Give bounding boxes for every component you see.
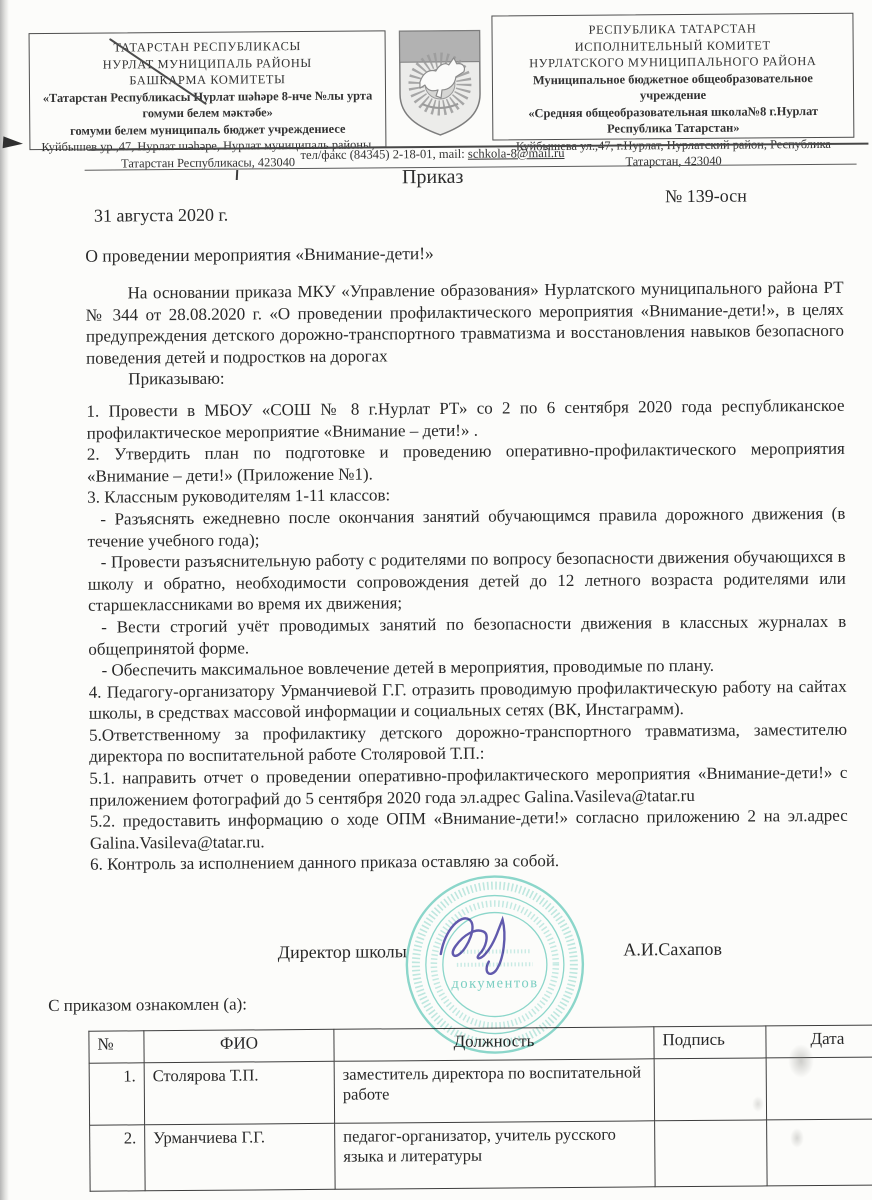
signer-title: Директор школы: [278, 941, 407, 962]
paragraph-item-5-1: 5.1. направить отчет о проведении операт…: [89, 762, 847, 811]
acknowledgement-label: С приказом ознакомлен (а):: [48, 994, 247, 1016]
letterhead-left-line: «Татарстан Республикасы Нурлат шәһәре 8-…: [36, 87, 379, 123]
pencil-smudge: [790, 1128, 804, 1148]
handwritten-signature: [430, 907, 535, 985]
order-number: № 139-осн: [665, 186, 747, 208]
margin-arrow-mark: [3, 136, 24, 149]
paragraph-item-3-sub-3: - Вести строгий учёт проводимых занятий …: [88, 611, 846, 660]
phone-fax-text: тел/факс (84345) 2-18-01, mail:: [300, 147, 467, 162]
letterhead-right-line: НУРЛАТСКОГО МУНИЦИПАЛЬНОГО РАЙОНА: [499, 53, 847, 72]
column-header-number: №: [89, 1031, 144, 1063]
order-date: 31 августа 2020 г.: [94, 205, 228, 227]
letterhead-right-line: «Средняя общеобразовательная школа№8 г.Н…: [499, 102, 847, 138]
paragraph-item-3-sub-1: - Разъяснять ежедневно после окончания з…: [87, 503, 845, 552]
row-name-cell: Урманчиева Г.Г.: [145, 1123, 336, 1190]
pencil-smudge: [752, 1096, 764, 1112]
paragraph-item-2: 2. Утвердить план по подготовке и провед…: [87, 438, 845, 487]
column-header-name: ФИО: [144, 1029, 334, 1062]
row-date-cell: [766, 1057, 872, 1120]
row-position-cell: заместитель директора по воспитательной …: [334, 1059, 654, 1124]
row-number-cell: 2.: [90, 1125, 146, 1191]
order-body: На основании приказа МКУ «Управление обр…: [85, 277, 848, 876]
paragraph-preamble: На основании приказа МКУ «Управление обр…: [85, 277, 844, 369]
signer-name: А.И.Сахапов: [623, 939, 722, 960]
row-signature-cell: [654, 1058, 766, 1121]
pencil-smudge: [788, 1044, 814, 1078]
row-name-cell: Столярова Т.П.: [144, 1061, 334, 1124]
letterhead-right-line: Муниципальное бюджетное общеобразователь…: [499, 69, 847, 105]
paragraph-item-4: 4. Педагогу-организатору Урманчиевой Г.Г…: [89, 675, 847, 724]
letterhead-right-block: РЕСПУБЛИКА ТАТАРСТАН ИСПОЛНИТЕЛЬНЫЙ КОМИ…: [491, 13, 854, 141]
row-signature-cell: [655, 1120, 768, 1187]
table-row: 2. Урманчиева Г.Г. педагог-организатор, …: [90, 1119, 872, 1191]
email-text: schkola-8@mail.ru: [468, 146, 565, 161]
row-number-cell: 1.: [89, 1063, 144, 1125]
paragraph-order-word: Приказываю:: [86, 363, 844, 391]
order-subject: О проведении мероприятия «Внимание-дети!…: [85, 243, 434, 267]
row-date-cell: [767, 1119, 872, 1186]
coat-of-arms-emblem: [391, 26, 488, 144]
row-position-cell: педагог-организатор, учитель русского яз…: [335, 1121, 656, 1190]
column-header-date: Дата: [766, 1025, 872, 1058]
letterhead-left-block: ТАТАРСТАН РЕСПУБЛИКАСЫ НУРЛАТ МУНИЦИПАЛЬ…: [29, 30, 387, 150]
paragraph-item-5-2: 5.2. предоставить информацию о ходе ОПМ …: [90, 805, 848, 854]
paragraph-item-5: 5.Ответственному за профилактику детског…: [89, 719, 847, 768]
table-row: 1. Столярова Т.П. заместитель директора …: [89, 1057, 872, 1125]
column-header-signature: Подпись: [654, 1026, 766, 1059]
scan-edge-shadow: [0, 0, 9, 1200]
paragraph-item-1: 1. Провести в МБОУ «СОШ № 8 г.Нурлат РТ»…: [86, 395, 844, 444]
scanned-document-page: ТАТАРСТАН РЕСПУБЛИКАСЫ НУРЛАТ МУНИЦИПАЛЬ…: [0, 0, 872, 1200]
paragraph-item-3-sub-2: - Провести разъяснительную работу с роди…: [88, 546, 846, 617]
